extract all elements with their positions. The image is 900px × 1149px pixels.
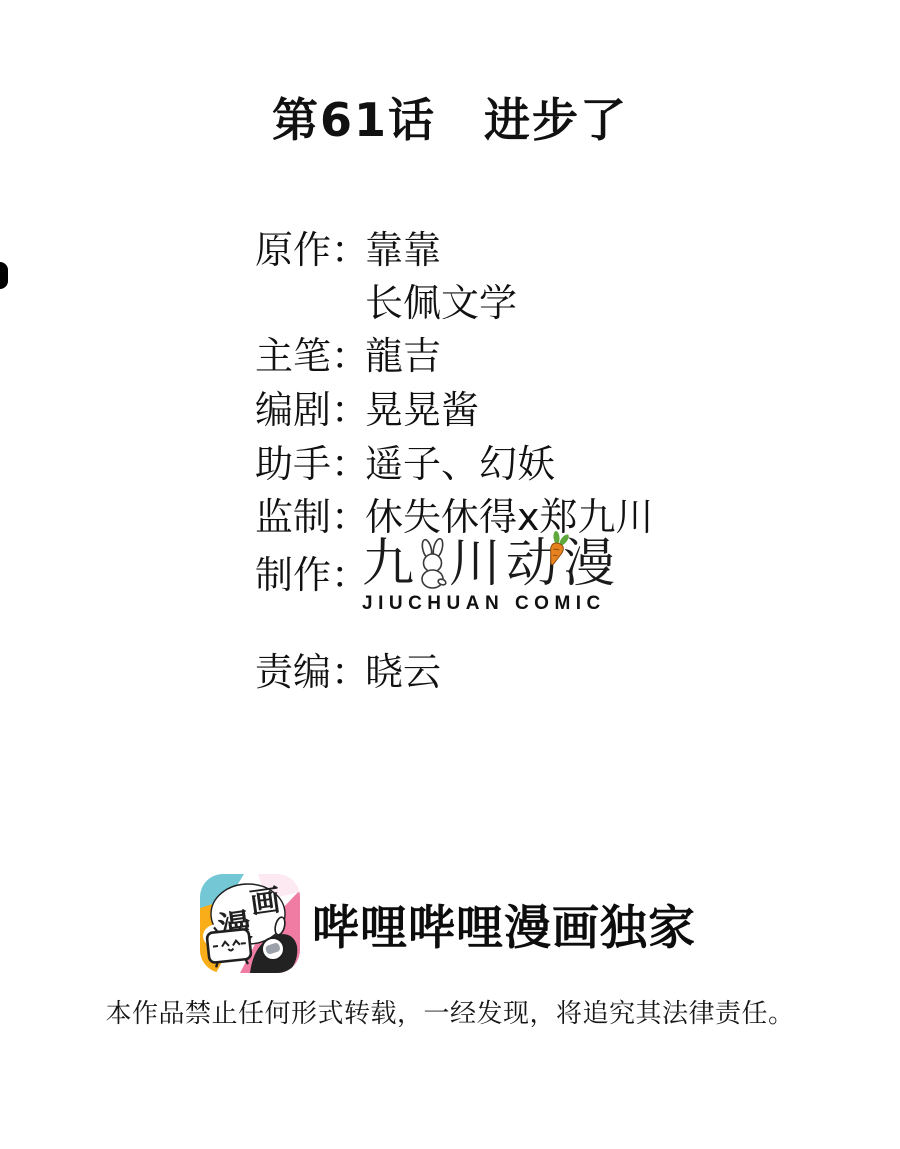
- credit-value: 晓云: [365, 650, 441, 694]
- credit-value: 靠靠: [365, 228, 441, 272]
- credit-value: 晃晃酱: [365, 388, 479, 432]
- credit-row-original-publisher: 长佩文学: [255, 281, 517, 325]
- logo-char: 九: [362, 536, 419, 592]
- logo-char: 漫: [563, 534, 620, 594]
- credit-value: 长佩文学: [365, 281, 517, 325]
- legal-disclaimer: 本作品禁止任何形式转载，一经发现，将追究其法律责任。: [0, 993, 900, 1030]
- credit-value: 龍吉: [365, 334, 441, 378]
- credit-row-production: 制作：: [255, 553, 365, 597]
- credit-row-assistants: 助手： 遥子、幻妖: [255, 442, 555, 486]
- credit-label: 主笔：: [255, 334, 365, 378]
- logo-char-wrap: 漫: [563, 536, 620, 592]
- credit-label: 编剧：: [255, 388, 365, 432]
- rabbit-icon: [414, 538, 452, 590]
- studio-logo-latin: JIUCHUAN COMIC: [362, 593, 620, 615]
- bilibili-manga-app-icon: 漫 画: [200, 874, 300, 973]
- credit-label: 制作：: [255, 553, 365, 597]
- studio-logo: 九 川 动 漫 JIUCHUAN COMIC: [362, 536, 620, 615]
- platform-exclusive-text: 哔哩哔哩漫画独家: [312, 891, 696, 958]
- carrot-icon: [543, 530, 569, 568]
- credit-label: 原作：: [255, 228, 365, 272]
- chapter-title: 第61话 进步了: [0, 84, 900, 150]
- credit-row-editor: 责编： 晓云: [255, 650, 441, 694]
- logo-char: 川: [449, 536, 506, 592]
- icon-char-hua: 画: [248, 883, 283, 922]
- credit-label: 助手：: [255, 442, 365, 486]
- credit-label: 责编：: [255, 650, 365, 694]
- credit-label: 监制：: [255, 495, 365, 539]
- page-edge-ink-mark: [0, 262, 8, 289]
- studio-logo-chinese: 九 川 动 漫: [362, 536, 620, 592]
- credit-value: 遥子、幻妖: [365, 442, 555, 486]
- credit-value: 休失休得x郑九川: [365, 495, 654, 539]
- credit-row-screenwriter: 编剧： 晃晃酱: [255, 388, 479, 432]
- credit-row-lead-artist: 主笔： 龍吉: [255, 334, 441, 378]
- credit-row-original-author: 原作： 靠靠: [255, 228, 441, 272]
- credit-row-supervisor: 监制： 休失休得x郑九川: [255, 495, 654, 539]
